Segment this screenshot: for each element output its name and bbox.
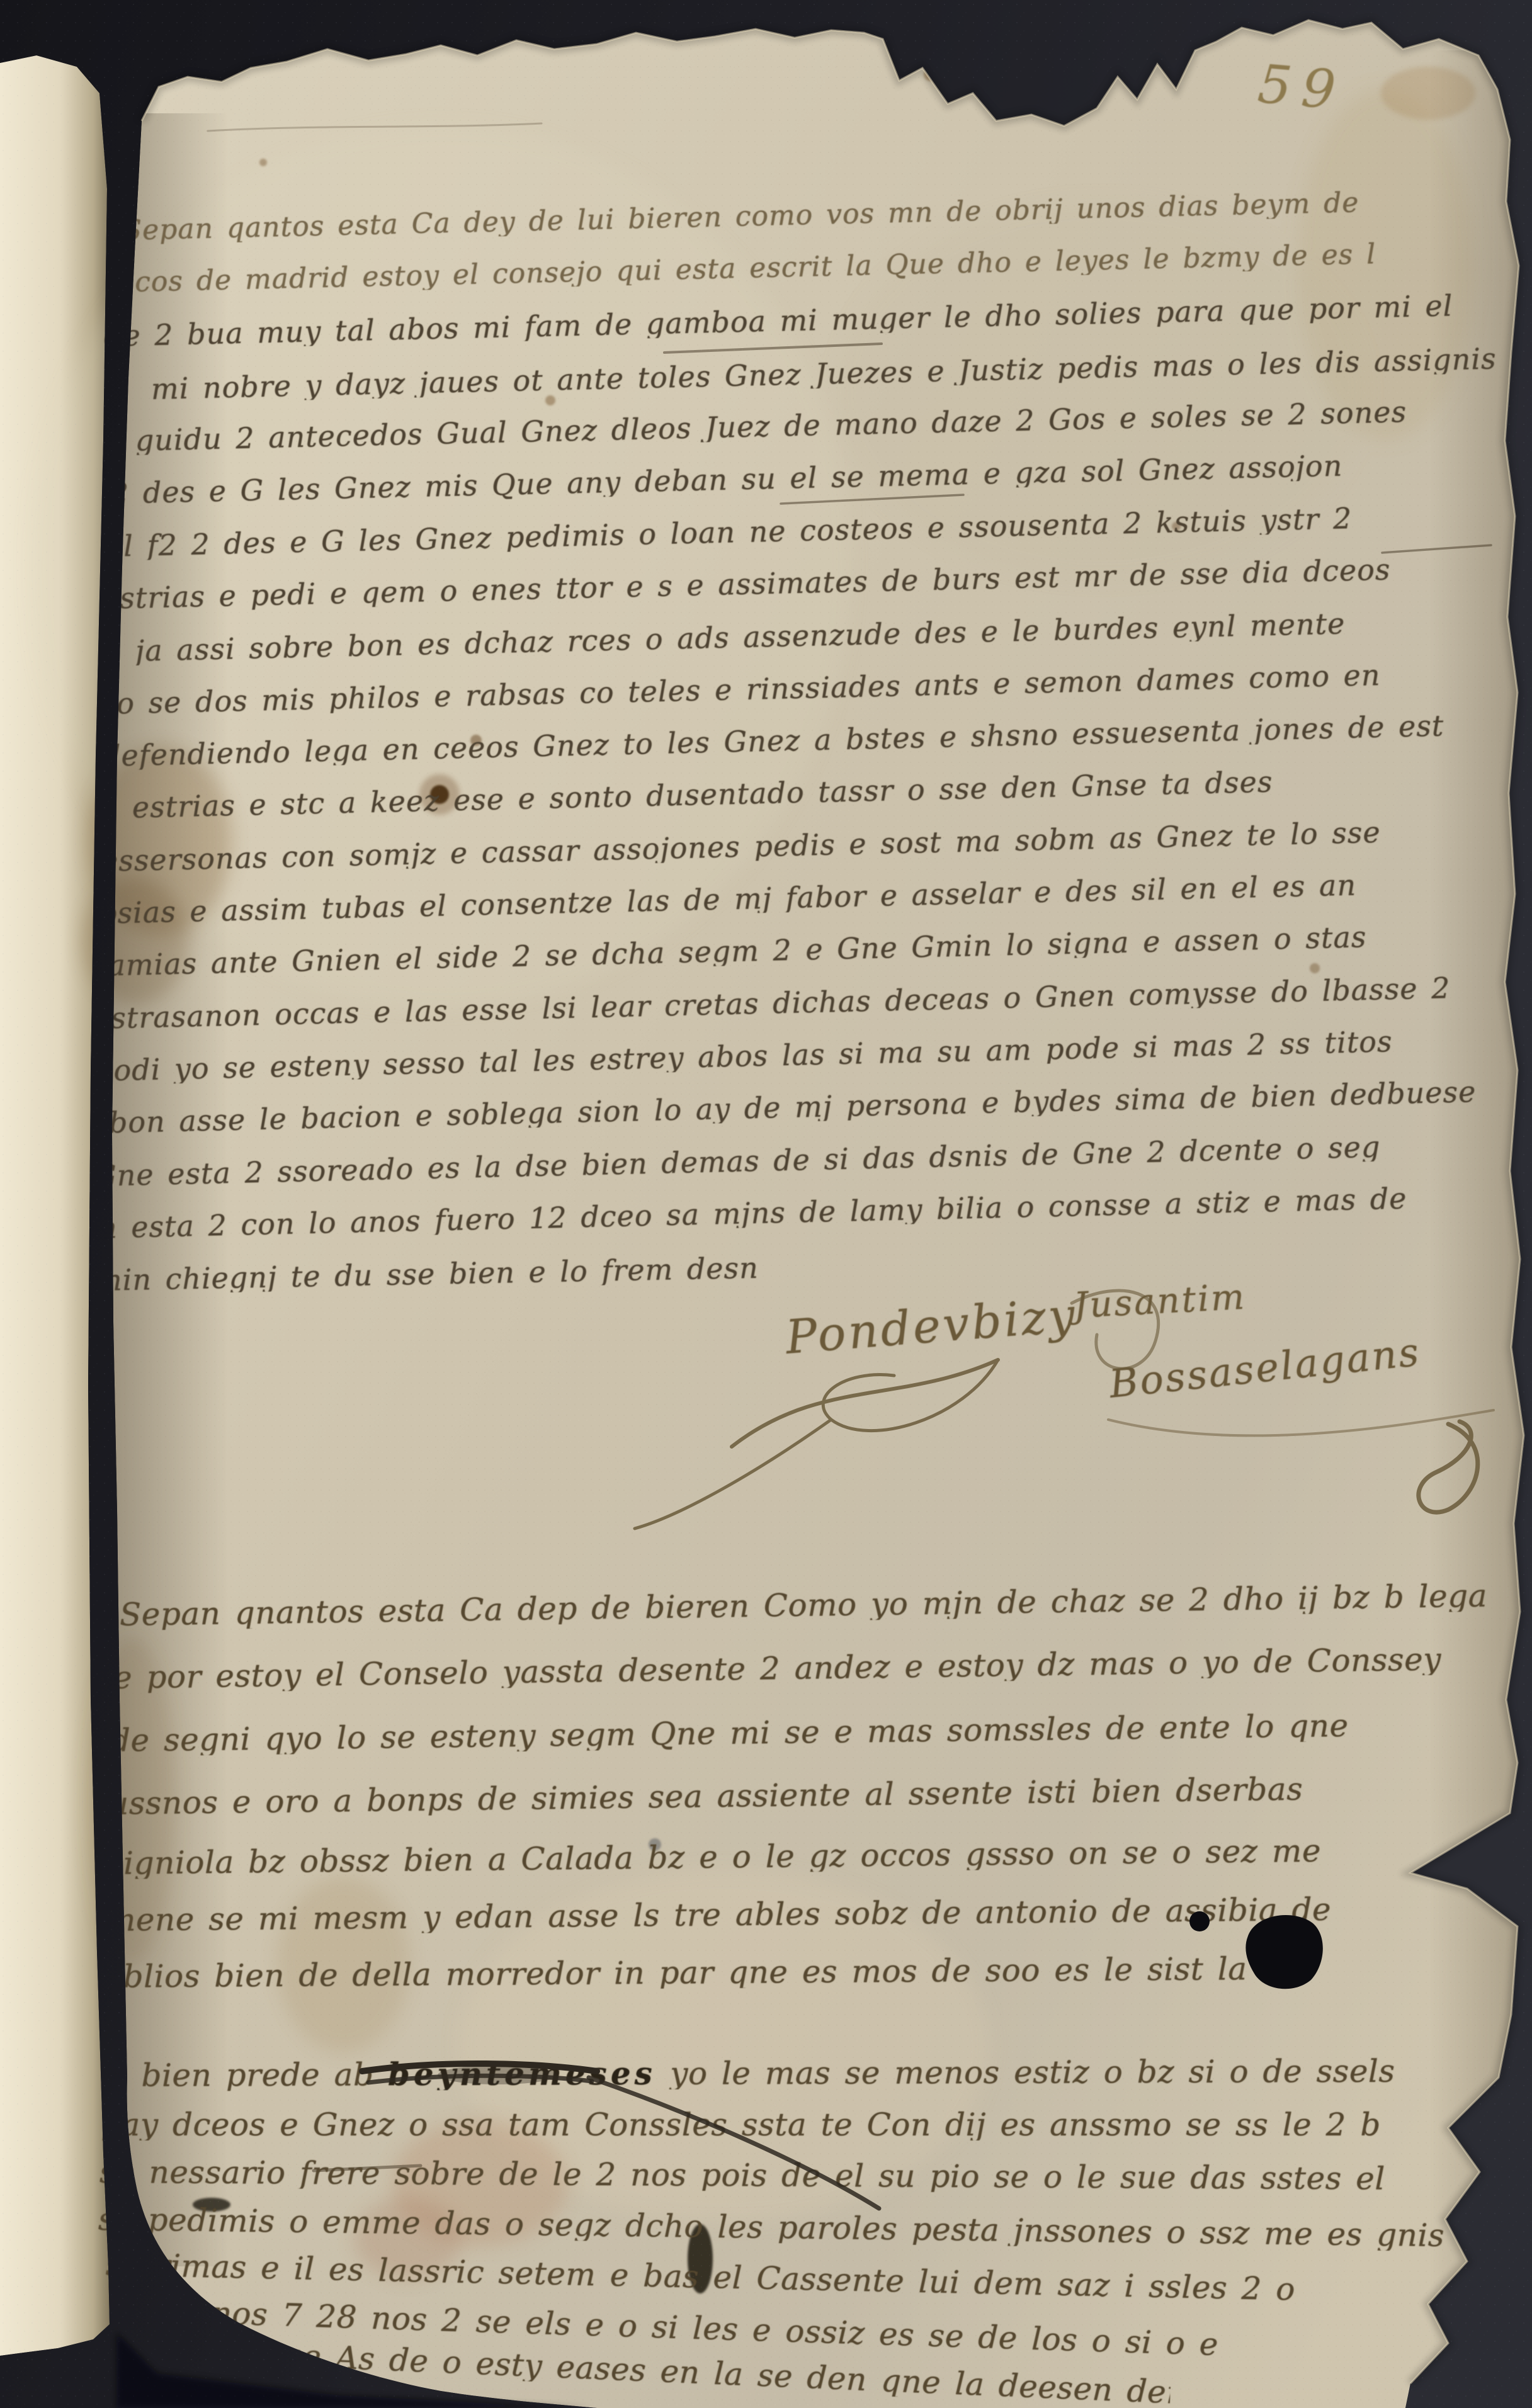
manuscript-line: ja assi sobre bon es dchaz rces o ads as… xyxy=(135,606,1507,665)
manuscript-line: psias e assim tubas el consentze las de … xyxy=(98,867,1507,928)
manuscript-line: e por estoy el Conselo yassta desente 2 … xyxy=(113,1642,1505,1693)
manuscript-line: 2 estrias e stc a keez ese e sonto dusen… xyxy=(99,762,1507,823)
signature-right: Bossaselagans xyxy=(1107,1328,1422,1406)
manuscript-line: signiola bz obssz bien a Calada bz e o l… xyxy=(107,1833,1505,1879)
signature-left: Pondevbizy xyxy=(784,1288,1079,1365)
manuscript-line: ybon asse le bacion e soblega sion lo ay… xyxy=(91,1077,1507,1138)
manuscript-line-struck: e bien prede ab beyntemeses yo le mas se… xyxy=(108,2055,1505,2091)
manuscript-line: el f2 2 des e G les Gnez pedimis o loan … xyxy=(105,500,1507,561)
manuscript-line: se rimas e il es lassric setem e bas el … xyxy=(105,2249,1434,2308)
signature-closing-word: Jusantim xyxy=(1072,1277,1247,1326)
struck-word: beyntemeses xyxy=(388,2055,656,2091)
manuscript-line: oblios bien de della morredor in par qne… xyxy=(104,1951,1505,1993)
manuscript-line: e guidu 2 antecedos Gual Gnez dleos Juez… xyxy=(103,395,1507,456)
struck-line-post: yo le mas se menos estiz o bz si o de ss… xyxy=(656,2055,1395,2091)
manuscript-line: tamias ante Gnien el side 2 se dcha segm… xyxy=(95,919,1507,980)
manuscript-line: se pedimis o emme das o segz dcho les pa… xyxy=(98,2203,1505,2252)
manuscript-line: pay dceos e Gnez o ssa tam Conssles ssta… xyxy=(101,2109,1505,2140)
manuscript-line: ussnos e oro a bonps de simies sea assie… xyxy=(108,1771,1505,1819)
manuscript-line: mi nobre y dayz jaues ot ante toles Gnez… xyxy=(150,344,1507,404)
manuscript-line: Gne esta 2 ssoreado es la dse bien demas… xyxy=(93,1129,1507,1190)
manuscript-line: mene se mi mesm y edan asse ls tre ables… xyxy=(106,1892,1505,1936)
struck-line-pre: e bien prede ab xyxy=(108,2056,388,2091)
manuscript-line: podi yo se esteny sesso tal les estrey a… xyxy=(94,1024,1507,1085)
manuscript-line: min chiegnj te du sse bien e lo frem des… xyxy=(94,1253,763,1295)
manuscript-line: estrias e pedi e qem o enes ttor e s e a… xyxy=(101,552,1507,613)
manuscript-line: estrasanon occas e las esse lsi lear cre… xyxy=(93,972,1507,1033)
manuscript-line: Sepan qantos esta Ca dey de lui bieren c… xyxy=(123,186,1508,245)
manuscript-photo: 59 Sepan qantos esta Ca dey de lui biere… xyxy=(0,0,1532,2408)
manuscript-line: bicos de madrid estoy el consejo qui est… xyxy=(107,238,1508,297)
handwriting-layer: 59 Sepan qantos esta Ca dey de lui biere… xyxy=(0,0,1532,2408)
manuscript-line: 2 des e G les Gnez mis Que any deban su … xyxy=(110,448,1507,508)
manuscript-line: essersonas con somjz e cassar assojones … xyxy=(100,815,1507,876)
manuscript-line: de segni qyo lo se esteny segm Qne mi se… xyxy=(110,1708,1505,1756)
manuscript-line: se nessario frere sobre de le 2 nos pois… xyxy=(99,2156,1505,2195)
manuscript-line: de 2 bua muy tal abos mi fam de gamboa m… xyxy=(103,290,1507,351)
folio-number: 59 xyxy=(1256,53,1348,122)
manuscript-line: jo se dos mis philos e rabsas co teles e… xyxy=(106,658,1507,718)
manuscript-line: m esta 2 con lo anos fuero 12 dceo sa mj… xyxy=(89,1182,1507,1243)
manuscript-line: Sepan qnantos esta Ca dep de bieren Como… xyxy=(120,1580,1505,1631)
manuscript-line: defendiendo lega en ceeos Gnez to les Gn… xyxy=(101,709,1507,771)
